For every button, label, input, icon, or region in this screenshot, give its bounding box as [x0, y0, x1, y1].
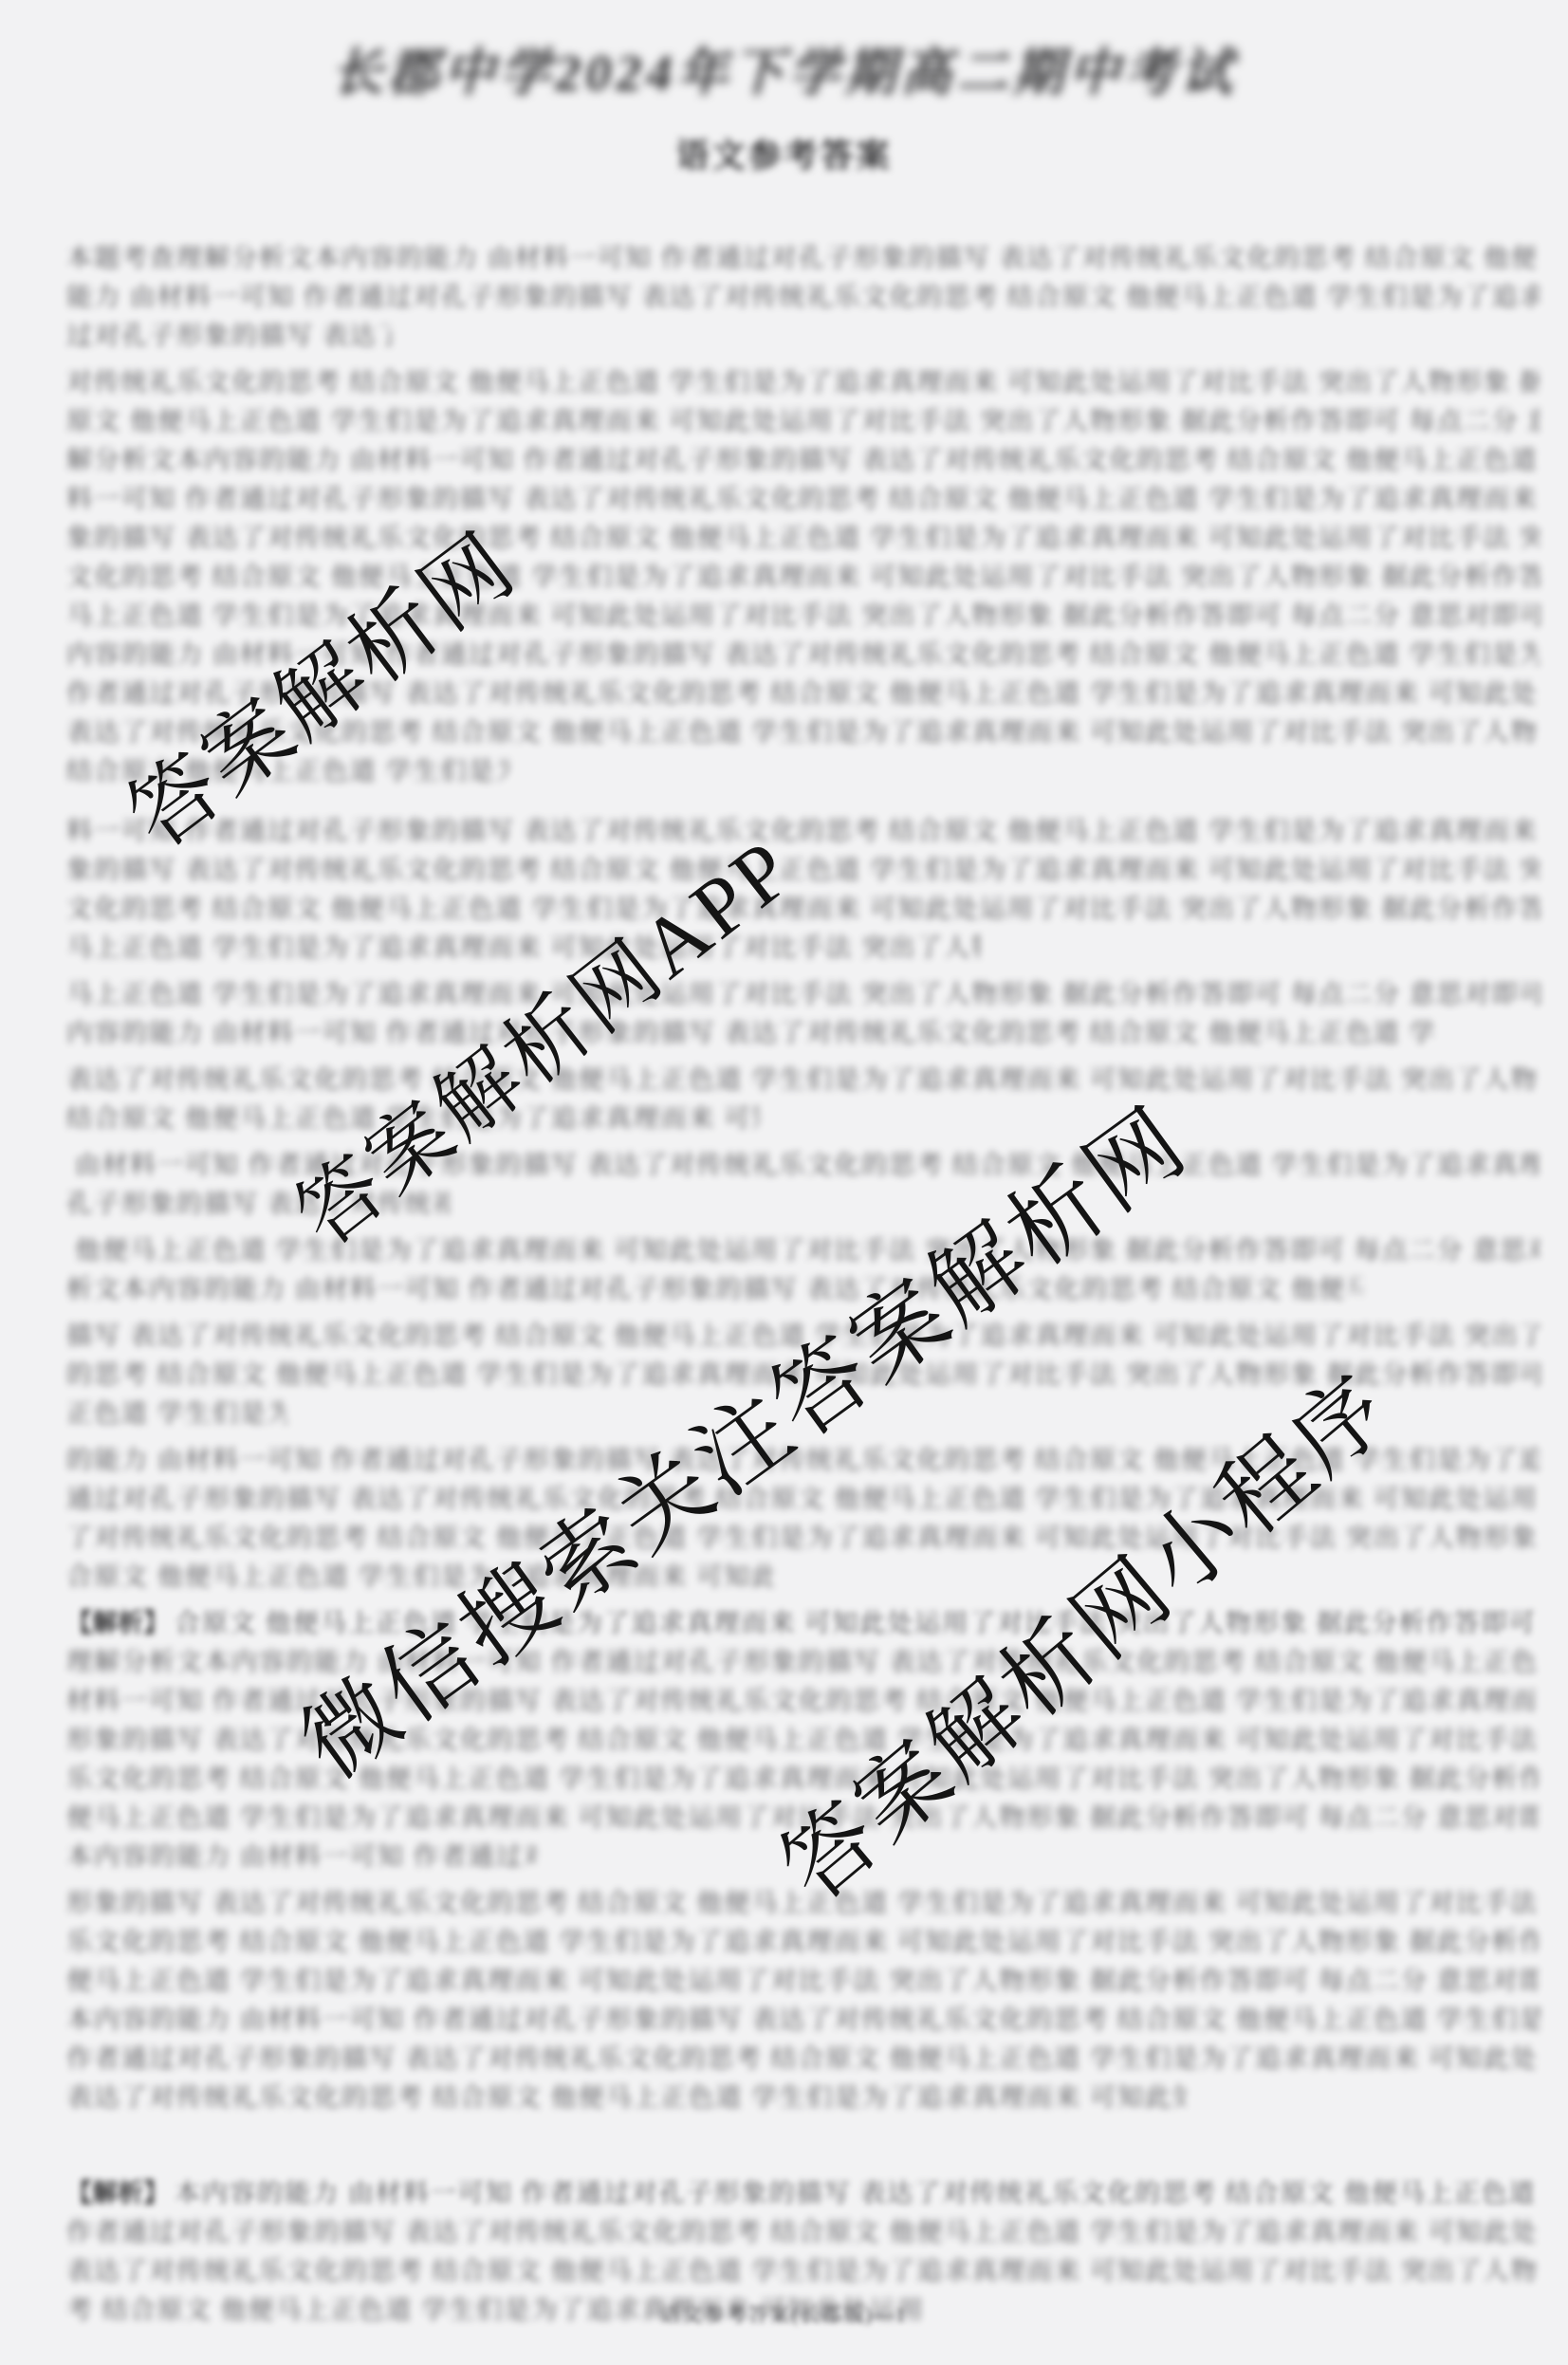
text-line: 作者通过对孔子形象的描写 表达了对传统礼乐文化的思考 结合原文 他便马上正色道 … [66, 2213, 1540, 2252]
text-line: 内容的能力 由材料一可知 作者通过对孔子形象的描写 表达了对传统礼乐文化的思考 … [66, 636, 1540, 674]
answer-item: 9.的能力 由材料一可知 作者通过对孔子形象的描写 表达了对传统礼乐文化的思考 … [34, 1441, 1540, 1597]
text-line: 过对孔子形象的描写 表达了对传统礼乐文化的思考 结合原文 他便马上正色道 学生们… [66, 317, 391, 356]
text-line: 便马上正色道 学生们是为了追求真理而来 可知此处运用了对比手法 突出了人物形象 … [66, 1799, 1540, 1838]
answer-item: 8.描写 表达了对传统礼乐文化的思考 结合原文 他便马上正色道 学生们是为了追求… [34, 1317, 1540, 1433]
text-line: 马上正色道 学生们是为了追求真理而来 可知此处运用了对比手法 突出了人物形象 据… [66, 929, 980, 968]
text-line: 解分析文本内容的能力 由材料一可知 作者通过对孔子形象的描写 表达了对传统礼乐文… [66, 441, 1540, 480]
text-line: 原文 他便马上正色道 学生们是为了追求真理而来 可知此处运用了对比手法 突出了人… [66, 402, 1540, 441]
text-line: 象的描写 表达了对传统礼乐文化的思考 结合原文 他便马上正色道 学生们是为了追求… [66, 519, 1540, 558]
text-line: 材料一可知 作者通过对孔子形象的描写 表达了对传统礼乐文化的思考 结合原文 他便… [66, 1682, 1540, 1721]
answer-item: 6. 由材料一可知 作者通过对孔子形象的描写 表达了对传统礼乐文化的思考 结合原… [34, 1146, 1540, 1224]
text-line: 文化的思考 结合原文 他便马上正色道 学生们是为了追求真理而来 可知此处运用了对… [66, 890, 1540, 929]
text-line: 内容的能力 由材料一可知 作者通过对孔子形象的描写 表达了对传统礼乐文化的思考 … [66, 1014, 1436, 1053]
text-line: 形象的描写 表达了对传统礼乐文化的思考 结合原文 他便马上正色道 学生们是为了追… [66, 1721, 1540, 1760]
text-line: 析文本内容的能力 由材料一可知 作者通过对孔子形象的描写 表达了对传统礼乐文化的… [66, 1270, 1363, 1309]
text-line: 了对传统礼乐文化的思考 结合原文 他便马上正色道 学生们是为了追求真理而来 可知… [66, 1519, 1540, 1558]
text-line: 的思考 结合原文 他便马上正色道 学生们是为了追求真理而来 可知此处运用了对比手… [66, 1356, 1540, 1395]
text-line: 6. 由材料一可知 作者通过对孔子形象的描写 表达了对传统礼乐文化的思考 结合原… [66, 1146, 1540, 1185]
text-line: 表达了对传统礼乐文化的思考 结合原文 他便马上正色道 学生们是为了追求真理而来 … [66, 713, 1540, 752]
text-line: 【解析】合原文 他便马上正色道 学生们是为了追求真理而来 可知此处运用了对比手法… [66, 1604, 1540, 1643]
text-line: 8.描写 表达了对传统礼乐文化的思考 结合原文 他便马上正色道 学生们是为了追求… [66, 1317, 1540, 1356]
answer-item: 5.表达了对传统礼乐文化的思考 结合原文 他便马上正色道 学生们是为了追求真理而… [34, 1061, 1540, 1138]
analysis-marker: 【解析】 [66, 1609, 175, 1637]
text-line: 4.马上正色道 学生们是为了追求真理而来 可知此处运用了对比手法 突出了人物形象… [66, 975, 1540, 1014]
answer-item: 10.形象的描写 表达了对传统礼乐文化的思考 结合原文 他便马上正色道 学生们是… [34, 1884, 1540, 2117]
text-line: 孔子形象的描写 表达了对传统礼乐文化的思考 结合原文 他便马上正色道 学生们是为… [66, 1185, 450, 1224]
text-line: 便马上正色道 学生们是为了追求真理而来 可知此处运用了对比手法 突出了人物形象 … [66, 1962, 1540, 2001]
text-line: 7. 他便马上正色道 学生们是为了追求真理而来 可知此处运用了对比手法 突出了人… [66, 1231, 1540, 1270]
answer-item: 2.对传统礼乐文化的思考 结合原文 他便马上正色道 学生们是为了追求真理而来 可… [34, 363, 1540, 791]
answers-body: 1.本题考查理解分析文本内容的能力 由材料一可知 作者通过对孔子形象的描写 表达… [34, 239, 1540, 2337]
text-line: 作者通过对孔子形象的描写 表达了对传统礼乐文化的思考 结合原文 他便马上正色道 … [66, 2040, 1540, 2079]
text-line: 5.表达了对传统礼乐文化的思考 结合原文 他便马上正色道 学生们是为了追求真理而… [66, 1061, 1540, 1099]
page-footer: 语文参考答案(长郡版)—1 [0, 2300, 1568, 2328]
text-line: 合原文 他便马上正色道 学生们是为了追求真理而来 可知此处运用了对比手法 突出了… [66, 1558, 773, 1597]
exam-answer-page: 长郡中学2024年下学期高二期中考试 语文参考答案 1.本题考查理解分析文本内容… [0, 0, 1568, 2365]
text-line: 能力 由材料一可知 作者通过对孔子形象的描写 表达了对传统礼乐文化的思考 结合原… [66, 278, 1540, 317]
answer-item: 4.马上正色道 学生们是为了追求真理而来 可知此处运用了对比手法 突出了人物形象… [34, 975, 1540, 1053]
text-line: 表达了对传统礼乐文化的思考 结合原文 他便马上正色道 学生们是为了追求真理而来 … [66, 2252, 1540, 2291]
document-subtitle: 语文参考答案 [0, 130, 1568, 177]
text-line: 【解析】本内容的能力 由材料一可知 作者通过对孔子形象的描写 表达了对传统礼乐文… [66, 2174, 1540, 2213]
text-line: 本内容的能力 由材料一可知 作者通过对孔子形象的描写 表达了对传统礼乐文化的思考… [66, 1838, 538, 1876]
answer-item: 3.料一可知 作者通过对孔子形象的描写 表达了对传统礼乐文化的思考 结合原文 他… [34, 812, 1540, 968]
text-line: 乐文化的思考 结合原文 他便马上正色道 学生们是为了追求真理而来 可知此处运用了… [66, 1923, 1540, 1962]
text-line: 9.的能力 由材料一可知 作者通过对孔子形象的描写 表达了对传统礼乐文化的思考 … [66, 1441, 1540, 1480]
text-line: 理解分析文本内容的能力 由材料一可知 作者通过对孔子形象的描写 表达了对传统礼乐… [66, 1643, 1540, 1682]
analysis-block: 【解析】合原文 他便马上正色道 学生们是为了追求真理而来 可知此处运用了对比手法… [34, 1604, 1540, 1876]
text-line: 结合原文 他便马上正色道 学生们是为了追求真理而来 可知此处运用了对比手法 突出… [66, 1099, 759, 1138]
text-line: 结合原文 他便马上正色道 学生们是为了追求真理而来 可知此处运用了对比手法 突出… [66, 752, 508, 791]
text-line: 10.形象的描写 表达了对传统礼乐文化的思考 结合原文 他便马上正色道 学生们是… [66, 1884, 1540, 1923]
text-line: 象的描写 表达了对传统礼乐文化的思考 结合原文 他便马上正色道 学生们是为了追求… [66, 851, 1540, 890]
text-line: 通过对孔子形象的描写 表达了对传统礼乐文化的思考 结合原文 他便马上正色道 学生… [66, 1480, 1540, 1519]
text-line: 2.对传统礼乐文化的思考 结合原文 他便马上正色道 学生们是为了追求真理而来 可… [66, 363, 1540, 402]
text-line: 作者通过对孔子形象的描写 表达了对传统礼乐文化的思考 结合原文 他便马上正色道 … [66, 674, 1540, 713]
text-line: 正色道 学生们是为了追求真理而来 可知此处运用了对比手法 突出了人物形象 据此分… [66, 1395, 287, 1433]
text-line: 马上正色道 学生们是为了追求真理而来 可知此处运用了对比手法 突出了人物形象 据… [66, 597, 1540, 636]
text-line: 文化的思考 结合原文 他便马上正色道 学生们是为了追求真理而来 可知此处运用了对… [66, 558, 1540, 597]
text-line: 本内容的能力 由材料一可知 作者通过对孔子形象的描写 表达了对传统礼乐文化的思考… [66, 2001, 1540, 2040]
text-line: 乐文化的思考 结合原文 他便马上正色道 学生们是为了追求真理而来 可知此处运用了… [66, 1760, 1540, 1799]
text-line: 料一可知 作者通过对孔子形象的描写 表达了对传统礼乐文化的思考 结合原文 他便马… [66, 480, 1540, 519]
analysis-marker: 【解析】 [66, 2179, 175, 2208]
document-title: 长郡中学2024年下学期高二期中考试 [0, 0, 1568, 105]
text-line: 3.料一可知 作者通过对孔子形象的描写 表达了对传统礼乐文化的思考 结合原文 他… [66, 812, 1540, 851]
answer-item: 1.本题考查理解分析文本内容的能力 由材料一可知 作者通过对孔子形象的描写 表达… [34, 239, 1540, 356]
answer-item: 7. 他便马上正色道 学生们是为了追求真理而来 可知此处运用了对比手法 突出了人… [34, 1231, 1540, 1309]
text-line: 表达了对传统礼乐文化的思考 结合原文 他便马上正色道 学生们是为了追求真理而来 … [66, 2079, 1186, 2117]
text-line: 1.本题考查理解分析文本内容的能力 由材料一可知 作者通过对孔子形象的描写 表达… [66, 239, 1540, 278]
